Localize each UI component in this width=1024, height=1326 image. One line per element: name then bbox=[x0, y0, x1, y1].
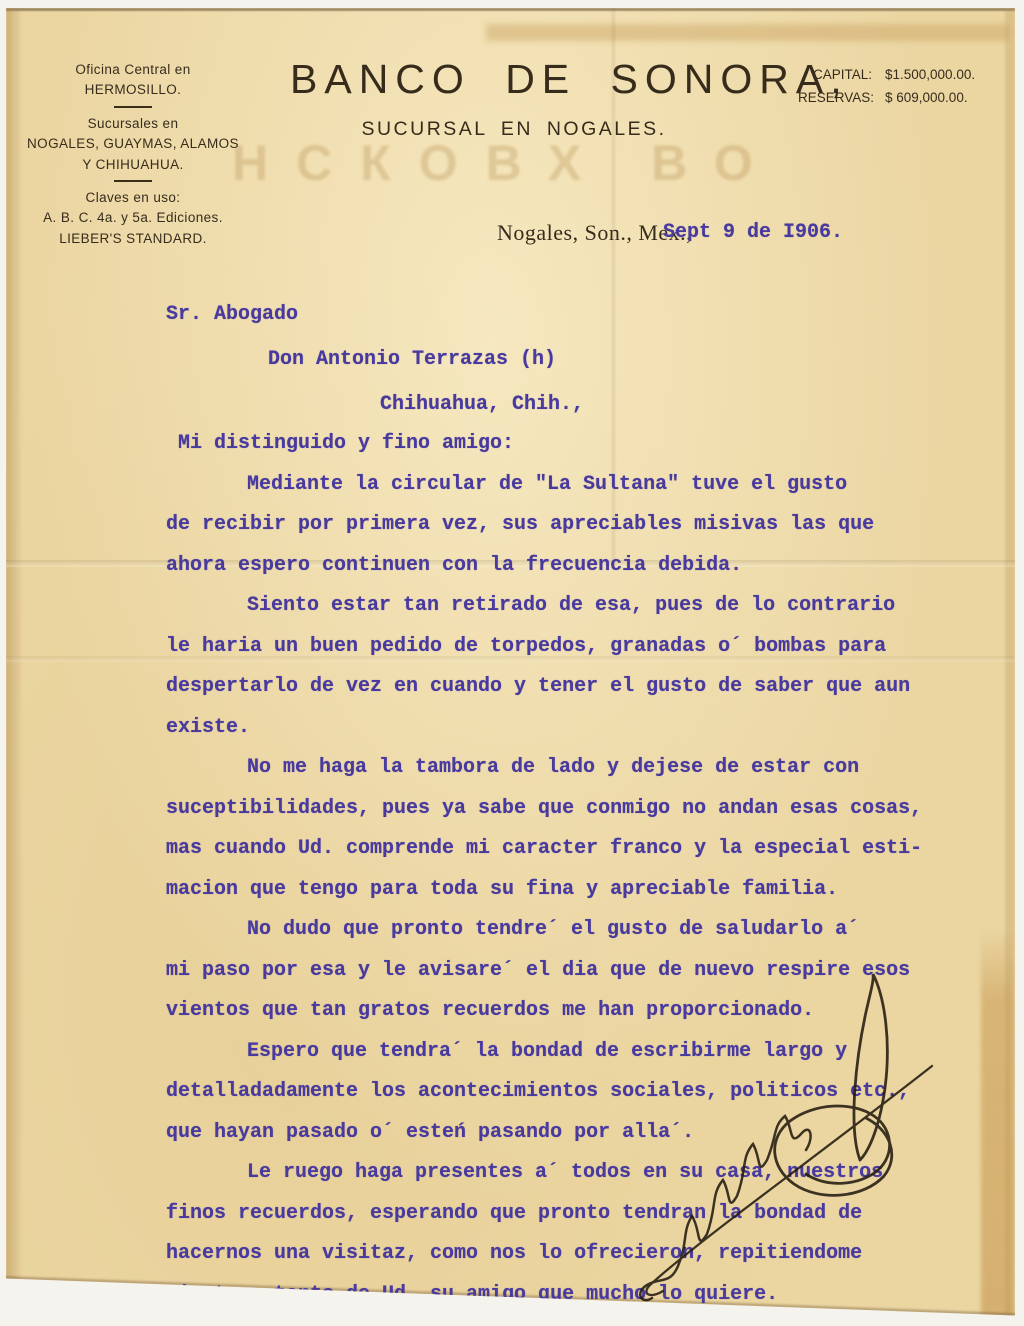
body-line: finos recuerdos, esperando que pronto te… bbox=[166, 1194, 966, 1235]
body-line: existe. bbox=[166, 708, 966, 749]
recipient-line: Chihuahua, Chih., bbox=[166, 382, 946, 427]
body-line: Siento estar tan retirado de esa, pues d… bbox=[166, 586, 966, 627]
office-line: HERMOSILLO. bbox=[26, 80, 240, 100]
letter-body: Mi distinguido y fino amigo: Mediante la… bbox=[166, 424, 966, 1315]
paper-right-edge-shade bbox=[1005, 8, 1015, 1326]
paper-top-discoloration bbox=[486, 24, 1009, 41]
body-line: No dudo que pronto tendre´ el gusto de s… bbox=[166, 910, 966, 951]
body-line: le haria un buen pedido de torpedos, gra… bbox=[166, 627, 966, 668]
divider bbox=[114, 106, 152, 108]
body-line: macion que tengo para toda su fina y apr… bbox=[166, 870, 966, 911]
body-line: Mediante la circular de "La Sultana" tuv… bbox=[166, 465, 966, 506]
reserves-label: RESERVAS: bbox=[798, 87, 872, 110]
capital-label: CAPITAL: bbox=[798, 64, 872, 87]
bank-name: BANCO DE SONORA, bbox=[290, 56, 738, 103]
capital-reserves-block: CAPITAL: $1.500,000.00. RESERVAS: $ 609,… bbox=[798, 64, 1012, 109]
body-line: de recibir por primera vez, sus apreciab… bbox=[166, 505, 966, 546]
paper-left-edge-shade bbox=[6, 8, 23, 1326]
branches-line: Sucursales en bbox=[26, 114, 240, 134]
capital-value: $1.500,000.00. bbox=[872, 64, 975, 87]
body-line: que hayan pasado o´ esteń pasando por al… bbox=[166, 1113, 966, 1154]
body-line: detalladadamente los acontecimientos soc… bbox=[166, 1072, 966, 1113]
codes-line: LIEBER'S STANDARD. bbox=[26, 229, 240, 249]
paper-right-discoloration bbox=[981, 928, 1013, 1326]
paper-top-edge bbox=[6, 8, 1015, 11]
branch-title: SUCURSAL EN NOGALES. bbox=[290, 118, 738, 141]
letterhead-left-block: Oficina Central en HERMOSILLO. Sucursale… bbox=[26, 60, 240, 249]
letter-paper: НСКОВХ ВО Oficina Central en HERMOSILLO.… bbox=[6, 8, 1015, 1326]
body-line: vientos que tan gratos recuerdos me han … bbox=[166, 991, 966, 1032]
body-line: mas cuando Ud. comprende mi caracter fra… bbox=[166, 829, 966, 870]
dateline-typed-date: Sept 9 de I906. bbox=[663, 221, 843, 244]
body-line: mi paso por esa y le avisare´ el dia que… bbox=[166, 951, 966, 992]
body-line: ahora espero continuen con la frecuencia… bbox=[166, 546, 966, 587]
recipient-line: Don Antonio Terrazas (h) bbox=[166, 337, 946, 382]
letterhead-center-block: BANCO DE SONORA, SUCURSAL EN NOGALES. bbox=[290, 56, 738, 141]
body-line: Espero que tendra´ la bondad de escribir… bbox=[166, 1032, 966, 1073]
reserves-row: RESERVAS: $ 609,000.00. bbox=[798, 87, 1012, 110]
office-line: Oficina Central en bbox=[26, 60, 240, 80]
codes-line: Claves en uso: bbox=[26, 188, 240, 208]
body-line: despertarlo de vez en cuando y tener el … bbox=[166, 667, 966, 708]
body-line: mientras tanto de Ud. su amigo que mucho… bbox=[166, 1275, 966, 1316]
codes-line: A. B. C. 4a. y 5a. Ediciones. bbox=[26, 208, 240, 228]
branches-line: Y CHIHUAHUA. bbox=[26, 155, 240, 175]
body-line: Le ruego haga presentes a´ todos en su c… bbox=[166, 1153, 966, 1194]
stamp-show-through: НСКОВХ ВО bbox=[232, 134, 781, 192]
scanned-letter: НСКОВХ ВО Oficina Central en HERMOSILLO.… bbox=[0, 0, 1024, 1326]
recipient-line: Sr. Abogado bbox=[166, 292, 946, 337]
divider bbox=[114, 180, 152, 182]
body-line: suceptibilidades, pues ya sabe que conmi… bbox=[166, 789, 966, 830]
reserves-value: $ 609,000.00. bbox=[872, 87, 968, 110]
body-line: No me haga la tambora de lado y dejese d… bbox=[166, 748, 966, 789]
body-line: hacernos una visitaz, como nos lo ofreci… bbox=[166, 1234, 966, 1275]
salutation: Mi distinguido y fino amigo: bbox=[166, 424, 966, 465]
recipient-block: Sr. Abogado Don Antonio Terrazas (h) Chi… bbox=[166, 292, 946, 427]
capital-row: CAPITAL: $1.500,000.00. bbox=[798, 64, 1012, 87]
branches-line: NOGALES, GUAYMAS, ALAMOS bbox=[26, 134, 240, 154]
